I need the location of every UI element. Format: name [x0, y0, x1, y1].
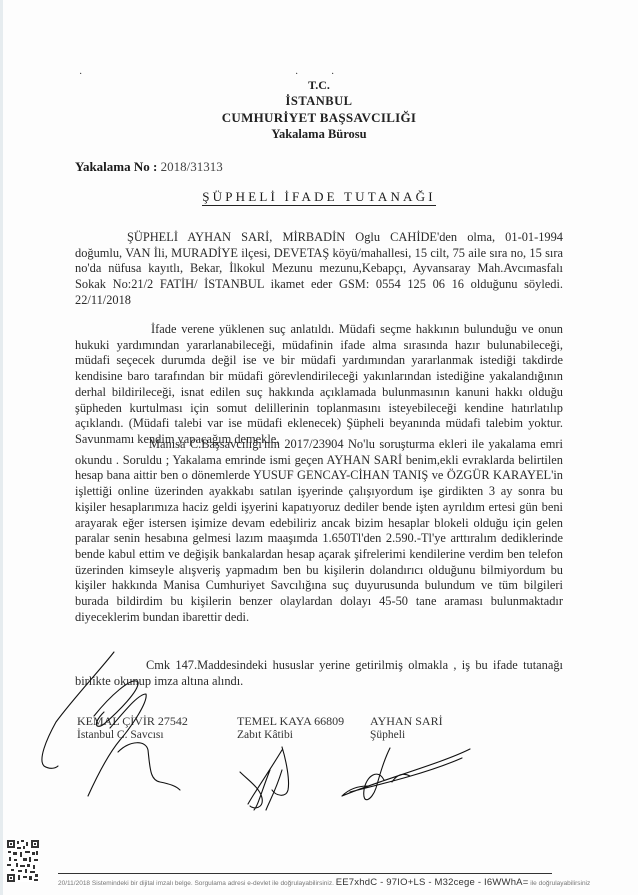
rights-text: İfade verene yüklenen suç anlatıldı. Müd… [75, 322, 563, 446]
closing-paragraph: Cmk 147.Maddesindeki hususlar yerine get… [75, 658, 563, 689]
document-title: ŞÜPHELİ İFADE TUTANAĞI [0, 189, 638, 205]
footer-divider [58, 873, 552, 874]
warrant-number: Yakalama No : 2018/31313 [75, 159, 223, 175]
signatory-role: Zabıt Kâtibi [237, 728, 344, 742]
verification-code: EE7xhdC - 97IO+LS - M32cege - I6WWhA= [336, 877, 529, 888]
rights-paragraph: İfade verene yüklenen suç anlatıldı. Müd… [75, 322, 563, 448]
closing-text: Cmk 147.Maddesindeki hususlar yerine get… [75, 658, 563, 688]
document-title-text: ŞÜPHELİ İFADE TUTANAĞI [202, 189, 436, 206]
signatory-role: Şüpheli [370, 728, 443, 742]
signatory-suspect: AYHAN SARİ Şüpheli [370, 714, 443, 742]
signatory-name: KEMAL ÇİVİR 27542 [77, 714, 188, 728]
signatory-role: İstanbul C. Savcısı [77, 728, 188, 742]
clerk-signature-icon [240, 747, 289, 810]
header-office: CUMHURİYET BAŞSAVCILIĞI [0, 110, 638, 126]
header-city: İSTANBUL [0, 94, 638, 109]
statement-text: Manisa C.Başsavcılığı'nın 2017/23904 No'… [75, 437, 563, 624]
identity-paragraph: ŞÜPHELİ AYHAN SARİ, MİRBADİN Oglu CAHİDE… [75, 230, 563, 309]
identity-text: ŞÜPHELİ AYHAN SARİ, MİRBADİN Oglu CAHİDE… [75, 230, 563, 307]
suspect-signature-icon [342, 748, 470, 800]
footer-suffix: ile doğrulayabilirsiniz [530, 880, 590, 887]
header-tc: T.C. [0, 78, 638, 93]
qr-code-icon [7, 840, 39, 882]
signatory-name: AYHAN SARİ [370, 714, 443, 728]
statement-paragraph: Manisa C.Başsavcılığı'nın 2017/23904 No'… [75, 437, 563, 625]
signatory-name: TEMEL KAYA 66809 [237, 714, 344, 728]
document-page: · · · T.C. İSTANBUL CUMHURİYET BAŞSAVCIL… [0, 0, 638, 895]
verification-footer: 20/11/2018 Sistemindeki bir dijital imza… [58, 877, 618, 888]
footer-note: 20/11/2018 Sistemindeki bir dijital imza… [58, 880, 334, 887]
signatory-clerk: TEMEL KAYA 66809 Zabıt Kâtibi [237, 714, 344, 742]
header-bureau: Yakalama Bürosu [0, 127, 638, 142]
warrant-number-label: Yakalama No : [75, 159, 157, 174]
signatory-prosecutor: KEMAL ÇİVİR 27542 İstanbul C. Savcısı [77, 714, 188, 742]
warrant-number-value: 2018/31313 [161, 159, 223, 174]
